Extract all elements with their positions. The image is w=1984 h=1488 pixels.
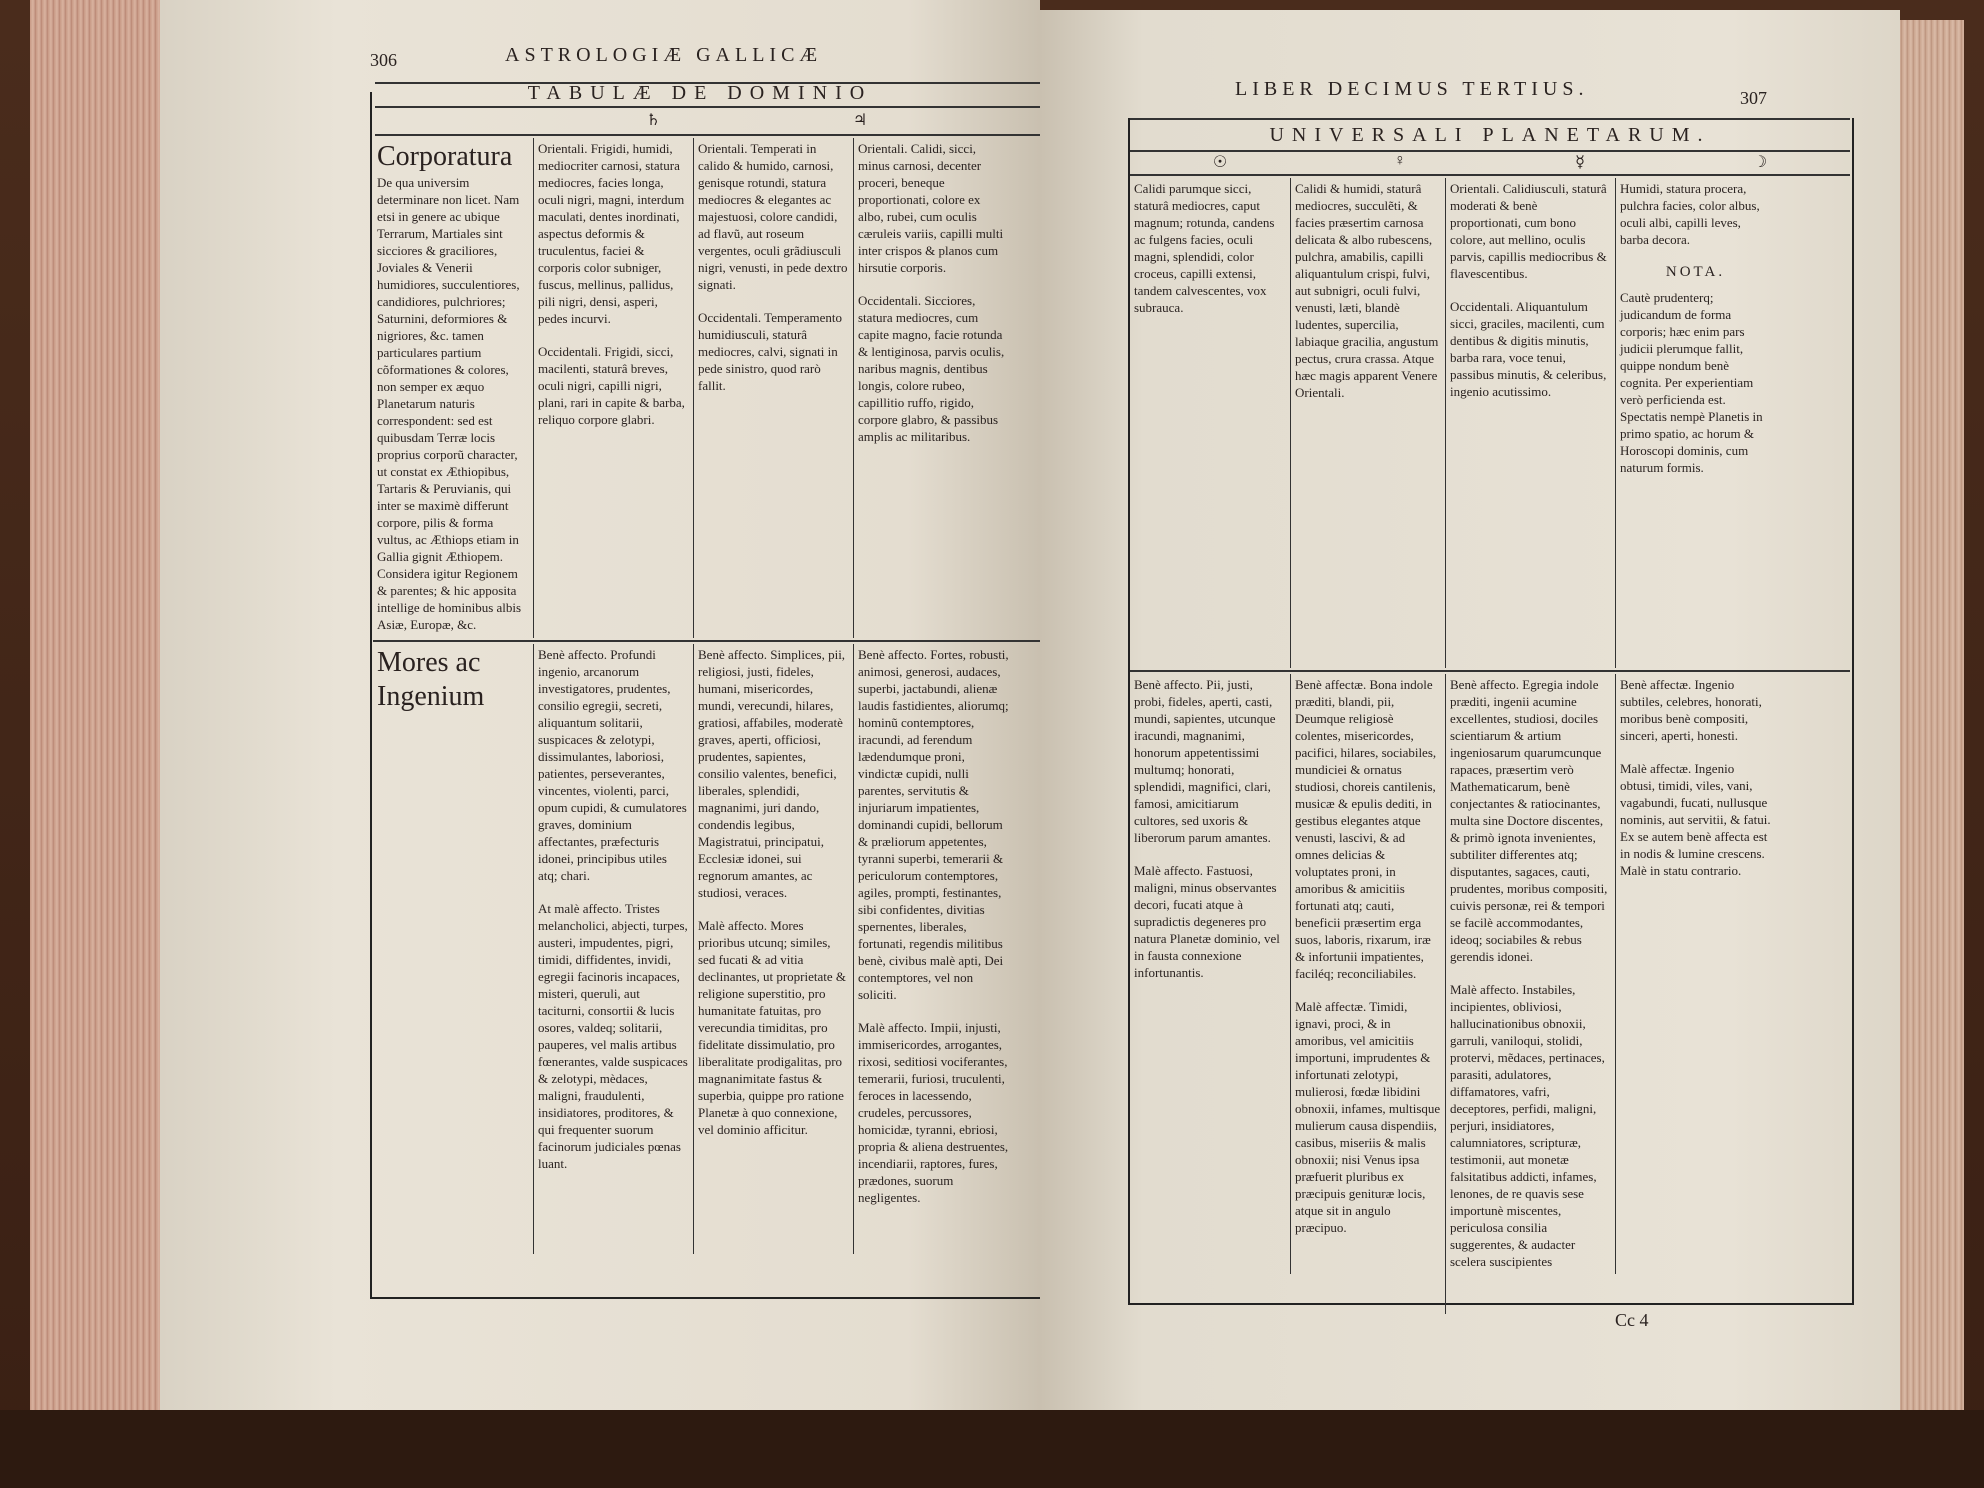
moon-corporatura-cell: Humidi, statura procera, pulchra facies,…: [1615, 178, 1775, 668]
right-page: LIBER DECIMUS TERTIUS. 307 UNIVERSALI PL…: [1040, 10, 1900, 1415]
venus-mores-cell: Benè affectæ. Bona indole præditi, bland…: [1290, 674, 1445, 1274]
intro-text: De qua universim determinare non licet. …: [377, 175, 521, 632]
book-binding-shadow: [0, 1410, 1984, 1488]
sun-mores-cell: Benè affecto. Pii, justi, probi, fideles…: [1130, 674, 1290, 1274]
jupiter-mores-cell: Benè affecto. Simplices, pii, religiosi,…: [693, 644, 853, 1254]
rule: [1130, 670, 1850, 672]
section-heading: Mores ac Ingenium: [377, 646, 529, 714]
left-page: 306 ASTROLOGIÆ GALLICÆ TABULÆ DE DOMINIO…: [160, 0, 1040, 1415]
venus-corporatura-cell: Calidi & humidi, staturâ mediocres, succ…: [1290, 178, 1445, 668]
page-number: 306: [370, 50, 397, 71]
left-page-stack-edge: [30, 0, 180, 1420]
running-head: ASTROLOGIÆ GALLICÆ: [505, 44, 822, 67]
page-number: 307: [1740, 88, 1767, 109]
running-head: LIBER DECIMUS TERTIUS.: [1235, 78, 1588, 101]
sun-corporatura-cell: Calidi parumque sicci, staturâ mediocres…: [1130, 178, 1290, 668]
section-heading: Corporatura: [377, 140, 529, 174]
saturn-mores-cell: Benè affecto. Profundi ingenio, arcanoru…: [533, 644, 693, 1254]
corporatura-cell: Corporatura De qua universim determinare…: [373, 138, 533, 638]
signature-mark: Cc 4: [1615, 1310, 1649, 1331]
mercury-corporatura-cell: Orientali. Calidiusculi, staturâ moderat…: [1445, 178, 1615, 668]
jupiter-corporatura-cell: Orientali. Temperati in calido & humido,…: [693, 138, 853, 638]
mars-corporatura-cell: Orientali. Calidi, sicci, minus carnosi,…: [853, 138, 1013, 638]
nota-heading: NOTA.: [1620, 264, 1771, 281]
saturn-corporatura-cell: Orientali. Frigidi, humidi, mediocriter …: [533, 138, 693, 638]
mercury-mores-cell: Benè affecto. Egregia indole præditi, in…: [1445, 674, 1615, 1314]
moon-mores-cell: Benè affectæ. Ingenio subtiles, celebres…: [1615, 674, 1775, 1274]
nota-text: Cautè prudenterq; judicandum de forma co…: [1620, 289, 1771, 476]
mars-mores-cell: Benè affecto. Fortes, robusti, animosi, …: [853, 644, 1013, 1254]
mores-cell: Mores ac Ingenium: [373, 644, 533, 1254]
